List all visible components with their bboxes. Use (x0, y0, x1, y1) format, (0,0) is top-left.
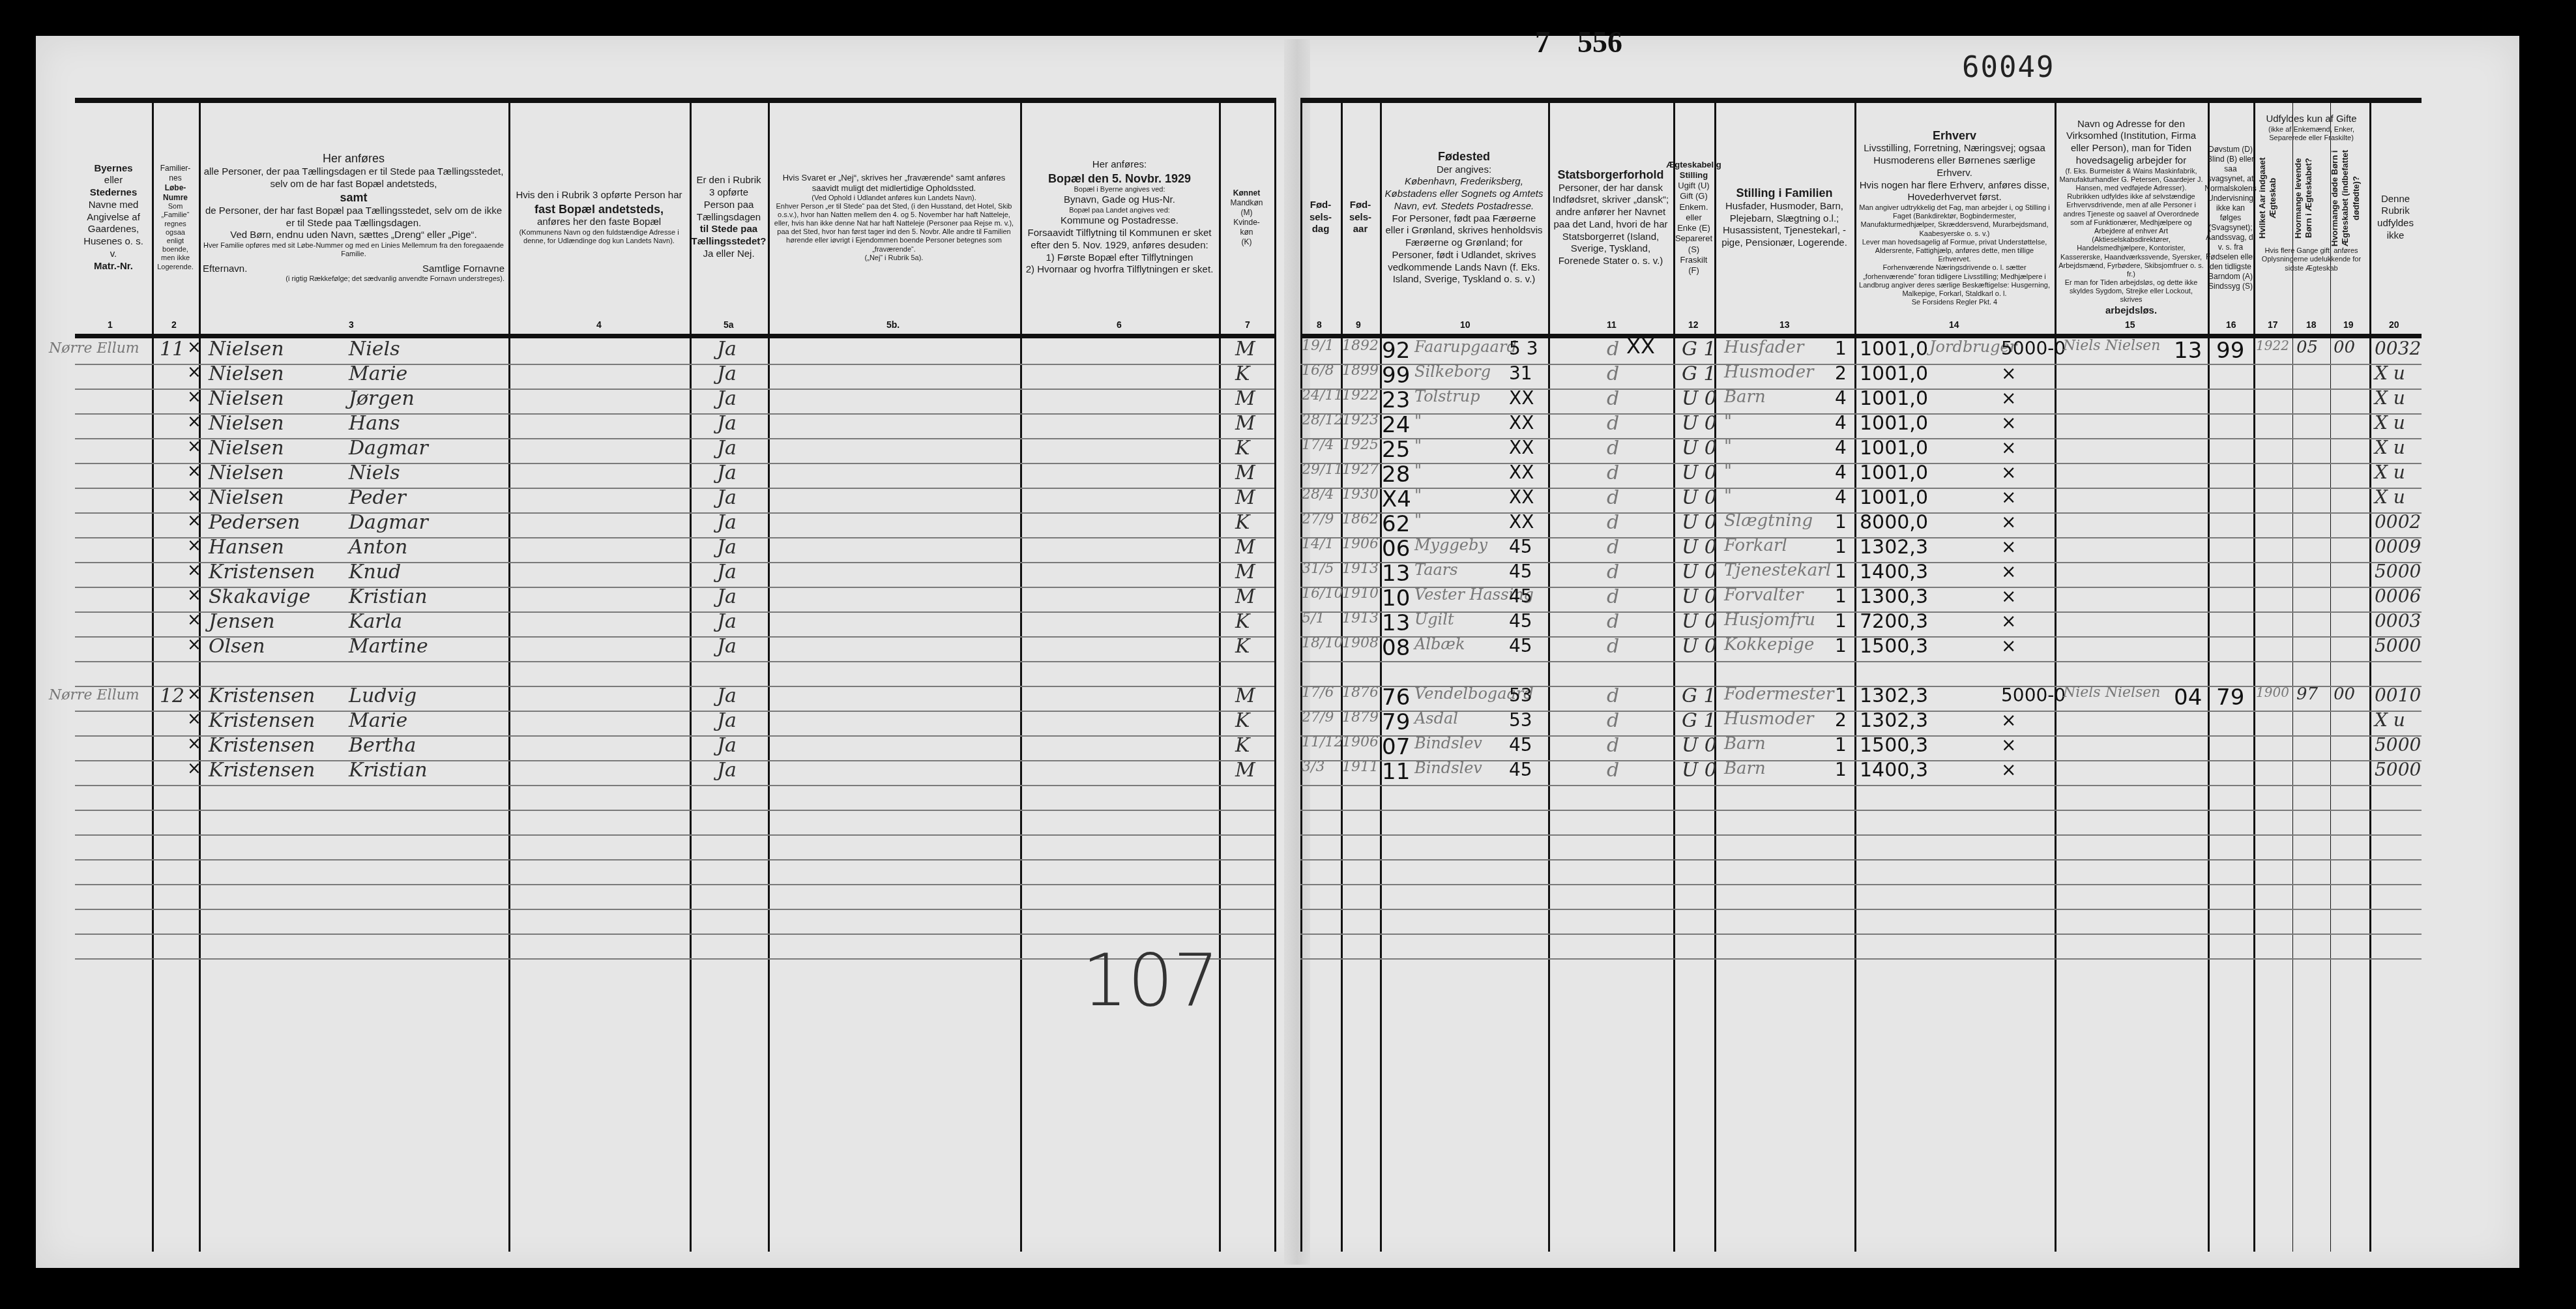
cell-family-role: " (1724, 437, 1732, 456)
cell-office-code: 0032 (2375, 338, 2421, 359)
colnum-5a: 5a (724, 319, 734, 330)
cell-surname: Nielsen (209, 387, 284, 410)
cell-role-code: 1 (1835, 338, 1847, 359)
cell-present: Ja (717, 437, 737, 460)
cell-check-mark: × (187, 635, 201, 654)
cell-given-name: Karla (349, 610, 402, 633)
cell-check-mark: × (187, 437, 201, 456)
right-page: Fød-sels-dag Fød-sels-aar FødestedDer an… (1300, 98, 2422, 1232)
cell-employer-code: 04 (2174, 684, 2202, 711)
cell-family-role: " (1724, 486, 1732, 506)
colnum-18: 18 (2306, 319, 2317, 330)
header-col15: Navn og Adresse for den Virksomhed (Inst… (2055, 107, 2208, 329)
colnum-8: 8 (1317, 319, 1322, 330)
header-col8: Fød-sels-dag (1300, 107, 1341, 329)
cell-given-name: Niels (349, 338, 400, 360)
cell-family-role: Forvalter (1724, 585, 1803, 605)
cell-citizenship: d (1607, 610, 1619, 633)
row-rule (1300, 785, 2422, 786)
cell-office-code: X u (2375, 462, 2405, 483)
cell-code: 25 (1382, 437, 1410, 463)
cell-marital: U 0 (1682, 536, 1717, 559)
cell-sex: K (1235, 709, 1250, 732)
cell-office-code: 0009 (2375, 536, 2421, 557)
cell-employer: Niels Nielsen (2063, 684, 2160, 701)
cell-birthplace-code: 45 (1509, 759, 1532, 780)
cell-occupation-code: 1500,3 (1860, 734, 1928, 757)
cell-code: 10 (1382, 585, 1410, 611)
cell-citizenship: d (1607, 437, 1619, 460)
margin-note: 107 (1082, 939, 1219, 1022)
cell-role-code: 1 (1835, 734, 1847, 756)
cell-present: Ja (717, 511, 737, 534)
cell-role-code: 2 (1835, 362, 1847, 384)
cell-present: Ja (717, 759, 737, 782)
cell-birth-day: 11/12 (1302, 734, 1343, 750)
cell-sex: M (1235, 585, 1255, 608)
cell-office-code: X u (2375, 387, 2405, 409)
cell-occupation-extra: × (2001, 536, 2016, 557)
cell-check-mark: × (187, 759, 201, 778)
cell-marital: G 1 (1682, 709, 1716, 732)
cell-surname: Nielsen (209, 412, 284, 435)
colnum-4: 4 (596, 319, 602, 330)
cell-surname: Kristensen (209, 759, 315, 782)
cell-family-role: " (1724, 412, 1732, 432)
cell-office-code: X u (2375, 486, 2405, 508)
cell-marital: U 0 (1682, 635, 1717, 658)
row-rule (75, 834, 1274, 836)
cell-citizenship: d (1607, 486, 1619, 509)
cell-present: Ja (717, 585, 737, 608)
header-col16: Døvstum (D) Blind (B) eller saa svagsyne… (2208, 107, 2253, 329)
row-rule (75, 909, 1274, 910)
cell-citizenship: d (1607, 709, 1619, 732)
cell-birthplace: " (1414, 412, 1422, 430)
cell-present: Ja (717, 709, 737, 732)
cell-office-code: 0003 (2375, 610, 2421, 632)
cell-family-role: Slægtning (1724, 511, 1813, 531)
cell-marital: G 1 (1682, 362, 1716, 385)
cell-check-mark: × (187, 338, 201, 357)
cell-place: Nørre Ellum (49, 687, 139, 703)
cell-sex: M (1235, 462, 1255, 484)
cell-office-code: 5000 (2375, 734, 2421, 756)
cell-family-role: Husjomfru (1724, 610, 1815, 630)
colnum-13: 13 (1779, 319, 1790, 330)
cell-occupation-code: 1302,3 (1860, 684, 1928, 707)
cell-birth-day: 16/10 (1302, 585, 1343, 602)
cell-occupation-code: 1001,0 (1860, 412, 1928, 435)
cell-code: 13 (1382, 610, 1410, 636)
cell-role-code: 1 (1835, 585, 1847, 607)
row-rule (75, 934, 1274, 935)
cell-birthplace: " (1414, 511, 1422, 529)
cell-birth-day: 27/9 (1302, 511, 1334, 527)
cell-family-role: " (1724, 462, 1732, 481)
cell-check-mark: × (187, 585, 201, 605)
cell-citizenship: d (1607, 462, 1619, 484)
row-rule (1300, 884, 2422, 885)
cell-birth-day: 5/1 (1302, 610, 1325, 626)
cell-living-children: 97 (2296, 684, 2318, 704)
row-rule (75, 661, 1274, 662)
cell-given-name: Dagmar (349, 437, 428, 460)
stamp-number-right: 556 (1577, 25, 1622, 59)
row-rule (75, 785, 1274, 786)
cell-occupation-code: 1001,0 (1860, 486, 1928, 509)
cell-occupation-extra: × (2001, 561, 2016, 582)
cell-occupation-code: 1001,0 (1860, 362, 1928, 385)
cell-occupation-extra: × (2001, 585, 2016, 607)
cell-sex: K (1235, 610, 1250, 633)
cell-present: Ja (717, 462, 737, 484)
cell-check-mark: × (187, 387, 201, 407)
cell-surname: Nielsen (209, 437, 284, 460)
cell-marital: U 0 (1682, 511, 1717, 534)
cell-surname: Skakavige (209, 585, 310, 608)
cell-office-code: X u (2375, 437, 2405, 458)
cell-sex: M (1235, 536, 1255, 559)
cell-sex: K (1235, 437, 1250, 460)
cell-occupation-extra: × (2001, 635, 2016, 656)
cell-sex: M (1235, 561, 1255, 583)
cell-occupation-extra: × (2001, 362, 2016, 384)
cell-occupation-extra: × (2001, 387, 2016, 409)
colnum-19: 19 (2343, 319, 2354, 330)
cell-check-mark: × (187, 462, 201, 481)
cell-marital: G 1 (1682, 684, 1716, 707)
cell-present: Ja (717, 412, 737, 435)
cell-code: 28 (1382, 462, 1410, 488)
cell-code: 23 (1382, 387, 1410, 413)
cell-birth-day: 19/1 (1302, 338, 1334, 354)
colnum-12: 12 (1688, 319, 1699, 330)
row-rule (1300, 909, 2422, 910)
cell-code: 62 (1382, 511, 1410, 537)
cell-family-role: Kokkepige (1724, 635, 1814, 654)
cell-present: Ja (717, 635, 737, 658)
cell-surname: Jensen (209, 610, 275, 633)
cell-birth-day: 29/11 (1302, 462, 1343, 478)
cell-family-role: Husfader (1724, 338, 1804, 357)
cell-check-mark: × (187, 511, 201, 531)
cell-given-name: Marie (349, 709, 407, 732)
cell-birthplace: Ugilt (1414, 610, 1454, 628)
cell-given-name: Bertha (349, 734, 416, 757)
cell-citizenship: d (1607, 561, 1619, 583)
cell-employer-code: 13 (2174, 338, 2202, 364)
cell-birth-year: 1923 (1342, 412, 1379, 428)
cell-citizenship: d (1607, 511, 1619, 534)
cell-surname: Olsen (209, 635, 265, 658)
cell-given-name: Kristian (349, 585, 428, 608)
cell-present: Ja (717, 684, 737, 707)
header-col9: Fød-sels-aar (1341, 107, 1380, 329)
cell-sex: M (1235, 486, 1255, 509)
cell-family-role: Barn (1724, 759, 1766, 778)
cell-check-mark: × (187, 486, 201, 506)
cell-sex: M (1235, 387, 1255, 410)
cell-occupation-extra: × (2001, 486, 2016, 508)
cell-role-code: 4 (1835, 486, 1847, 508)
header-col5a: Er den i Rubrik 3 opførte Person paa Tæl… (690, 107, 768, 329)
cell-birth-day: 28/12 (1302, 412, 1343, 428)
cell-occupation-code: 1001,0 (1860, 462, 1928, 484)
header-col13: Stilling i FamilienHusfader, Husmoder, B… (1714, 107, 1854, 329)
cell-birth-year: 1911 (1342, 759, 1379, 775)
cell-occupation-extra: × (2001, 610, 2016, 632)
row-rule (1300, 958, 2422, 960)
cell-sex: K (1235, 511, 1250, 534)
cell-occupation-extra: × (2001, 734, 2016, 756)
cell-office-code: 0006 (2375, 585, 2421, 607)
cell-role-code: 1 (1835, 759, 1847, 780)
cell-surname: Kristensen (209, 734, 315, 757)
cell-code: 99 (1382, 362, 1410, 389)
cell-birth-day: 28/4 (1302, 486, 1334, 503)
colnum-20: 20 (2389, 319, 2399, 330)
cell-sex: K (1235, 635, 1250, 658)
cell-citizenship: d (1607, 338, 1619, 360)
cell-occupation-code: 1302,3 (1860, 536, 1928, 559)
cell-birth-year: 1913 (1342, 610, 1379, 626)
cell-family-role: Husmoder (1724, 709, 1814, 729)
cell-birth-year: 1910 (1342, 585, 1379, 602)
cell-birthplace: " (1414, 437, 1422, 455)
cell-birth-year: 1899 (1342, 362, 1379, 379)
cell-present: Ja (717, 561, 737, 583)
cell-birthplace: Tolstrup (1414, 387, 1480, 405)
cell-given-name: Martine (349, 635, 428, 658)
cell-birth-year: 1876 (1342, 684, 1379, 701)
cell-office-code: 0010 (2375, 684, 2421, 706)
cell-family-role: Fodermester (1724, 684, 1834, 704)
cell-birthplace-code: 31 (1509, 362, 1532, 384)
cell-code: 08 (1382, 635, 1410, 661)
cell-birth-year: 1906 (1342, 536, 1379, 552)
cell-citizenship-mark: XX (1626, 334, 1655, 359)
cell-occupation-code: 1300,3 (1860, 585, 1928, 608)
cell-birthplace-code: 45 (1509, 536, 1532, 557)
cell-birthplace-code: 45 (1509, 561, 1532, 582)
cell-birthplace-code: XX (1509, 486, 1534, 508)
cell-role-code: 2 (1835, 709, 1847, 731)
cell-birth-year: 1892 (1342, 338, 1379, 354)
cell-occupation-code: 1302,3 (1860, 709, 1928, 732)
cell-birthplace: " (1414, 486, 1422, 505)
cell-marital: U 0 (1682, 486, 1717, 509)
cell-disability: 99 (2216, 338, 2244, 364)
colnum-11: 11 (1607, 319, 1617, 330)
cell-employer: Niels Nielsen (2063, 338, 2160, 354)
cell-citizenship: d (1607, 387, 1619, 410)
cell-dead-children: 00 (2334, 338, 2355, 357)
colnum-1: 1 (108, 319, 113, 330)
cell-marital: U 0 (1682, 462, 1717, 484)
cell-birth-day: 17/4 (1302, 437, 1334, 453)
cell-marital: U 0 (1682, 734, 1717, 757)
cell-citizenship: d (1607, 734, 1619, 757)
cell-marital: U 0 (1682, 759, 1717, 782)
cell-given-name: Jørgen (349, 387, 415, 410)
row-rule (1300, 834, 2422, 836)
row-rule (1300, 810, 2422, 811)
cell-present: Ja (717, 362, 737, 385)
cell-surname: Nielsen (209, 362, 284, 385)
cell-marital: U 0 (1682, 412, 1717, 435)
cell-role-code: 4 (1835, 437, 1847, 458)
left-page: ByernesellerStedernesNavne medAngivelse … (75, 98, 1274, 1232)
row-rule (75, 859, 1274, 860)
header-col5b: Hvis Svaret er „Nej“, skrives her „fravæ… (768, 107, 1020, 329)
cell-role-code: 4 (1835, 387, 1847, 409)
cell-present: Ja (717, 486, 737, 509)
cell-marital: U 0 (1682, 585, 1717, 608)
cell-surname: Kristensen (209, 561, 315, 583)
cell-birth-year: 1925 (1342, 437, 1379, 453)
cell-sex: K (1235, 734, 1250, 757)
cell-birthplace: Myggeby (1414, 536, 1487, 554)
cell-code: 13 (1382, 561, 1410, 587)
cell-marital: U 0 (1682, 387, 1717, 410)
cell-code: X4 (1382, 486, 1411, 512)
header-col6: Her anføres:Bopæl den 5. Novbr. 1929Bopæ… (1020, 107, 1219, 329)
cell-given-name: Ludvig (349, 684, 417, 707)
cell-birthplace: Asdal (1414, 709, 1458, 728)
cell-place: Nørre Ellum (49, 340, 139, 357)
cell-occupation-code: 7200,3 (1860, 610, 1928, 633)
cell-occupation-extra: × (2001, 462, 2016, 483)
cell-birthplace: Taars (1414, 561, 1458, 579)
cell-check-mark: × (187, 684, 201, 704)
header-col7: KønnetMandkøn(M)Kvinde-køn(K) (1219, 107, 1274, 329)
cell-birthplace: Albæk (1414, 635, 1465, 653)
cell-disability: 79 (2216, 684, 2244, 711)
cell-citizenship: d (1607, 759, 1619, 782)
cell-birth-day: 18/10 (1302, 635, 1343, 651)
cell-present: Ja (717, 338, 737, 360)
cell-marital: U 0 (1682, 437, 1717, 460)
cell-check-mark: × (187, 362, 201, 382)
cell-occupation-extra: 5000-0 (2001, 684, 2066, 706)
colnum-2: 2 (171, 319, 177, 330)
cell-family-role: Barn (1724, 387, 1766, 407)
stamp-number-left: 7 (1535, 25, 1550, 59)
colnum-9: 9 (1356, 319, 1361, 330)
cell-present: Ja (717, 536, 737, 559)
cell-office-code: X u (2375, 362, 2405, 384)
cell-given-name: Marie (349, 362, 407, 385)
cell-birth-year: 1906 (1342, 734, 1379, 750)
colnum-3: 3 (349, 319, 354, 330)
cell-birthplace: " (1414, 462, 1422, 480)
cell-family-role: Barn (1724, 734, 1766, 754)
cell-birthplace-code: 45 (1509, 610, 1532, 632)
colnum-14: 14 (1949, 319, 1959, 330)
cell-occupation-code: 1400,3 (1860, 759, 1928, 782)
cell-role-code: 1 (1835, 610, 1847, 632)
cell-birth-day: 14/1 (1302, 536, 1334, 552)
cell-present: Ja (717, 387, 737, 410)
cell-code: 07 (1382, 734, 1410, 760)
cell-occupation-extra: × (2001, 759, 2016, 780)
colnum-15: 15 (2125, 319, 2135, 330)
header-col1: ByernesellerStedernesNavne medAngivelse … (75, 107, 152, 329)
header-col17-19: Udfyldes kun af Gifte(ikke af Enkemænd, … (2253, 107, 2369, 329)
cell-marriage-year: 1900 (2256, 684, 2289, 700)
archive-number: 60049 (1962, 51, 2055, 84)
cell-given-name: Niels (349, 462, 400, 484)
cell-check-mark: × (187, 536, 201, 555)
cell-marriage-year: 1922 (2256, 338, 2289, 353)
cell-birth-day: 24/11 (1302, 387, 1343, 404)
cell-occupation-extra: × (2001, 709, 2016, 731)
cell-sex: M (1235, 412, 1255, 435)
cell-check-mark: × (187, 610, 201, 630)
cell-occupation-code: 8000,0 (1860, 511, 1928, 534)
colnum-17: 17 (2268, 319, 2278, 330)
cell-birthplace-code: 5 3 (1509, 338, 1538, 359)
header-col11: StatsborgerforholdPersoner, der har dans… (1548, 107, 1673, 329)
header-col4: Hvis den i Rubrik 3 opførte Person harfa… (508, 107, 690, 329)
cell-citizenship: d (1607, 585, 1619, 608)
cell-marital: U 0 (1682, 610, 1717, 633)
cell-code: 79 (1382, 709, 1410, 735)
cell-office-code: X u (2375, 412, 2405, 434)
cell-citizenship: d (1607, 635, 1619, 658)
cell-birth-year: 1862 (1342, 511, 1379, 527)
cell-role-code: 4 (1835, 412, 1847, 434)
row-rule (1300, 859, 2422, 860)
cell-occupation-extra: × (2001, 511, 2016, 533)
cell-occupation-extra: 5000-0 (2001, 338, 2066, 359)
cell-citizenship: d (1607, 362, 1619, 385)
cell-birthplace-code: XX (1509, 387, 1534, 409)
cell-marital: G 1 (1682, 338, 1716, 360)
cell-surname: Kristensen (209, 709, 315, 732)
cell-role-code: 1 (1835, 536, 1847, 557)
cell-given-name: Knud (349, 561, 401, 583)
cell-citizenship: d (1607, 536, 1619, 559)
cell-code: 24 (1382, 412, 1410, 438)
cell-given-name: Peder (349, 486, 406, 509)
header-col3: Her anføres alle Personer, der paa Tælli… (199, 107, 508, 329)
cell-birthplace-code: XX (1509, 511, 1534, 533)
cell-occupation-code: 1500,3 (1860, 635, 1928, 658)
header-col12: Ægteskabelig StillingUgift (U) Gift (G) … (1673, 107, 1714, 329)
cell-occupation-extra: × (2001, 437, 2016, 458)
cell-marital: U 0 (1682, 561, 1717, 583)
cell-code: 92 (1382, 338, 1410, 364)
cell-family-role: Husmoder (1724, 362, 1814, 382)
cell-office-code: 5000 (2375, 635, 2421, 656)
cell-surname: Kristensen (209, 684, 315, 707)
cell-occupation-code: 1400,3 (1860, 561, 1928, 583)
cell-sex: M (1235, 338, 1255, 360)
cell-birth-day: 31/5 (1302, 561, 1334, 577)
row-rule (1300, 661, 2422, 662)
colnum-16: 16 (2226, 319, 2236, 330)
colnum-10: 10 (1460, 319, 1471, 330)
header-col20: Denne Rubrik udfyldes ikke (2369, 107, 2422, 329)
cell-occupation-extra: × (2001, 412, 2016, 434)
cell-role-code: 4 (1835, 462, 1847, 483)
cell-living-children: 05 (2296, 338, 2318, 357)
cell-birth-day: 17/6 (1302, 684, 1334, 701)
cell-citizenship: d (1607, 412, 1619, 435)
cell-birthplace-code: 53 (1509, 684, 1532, 706)
